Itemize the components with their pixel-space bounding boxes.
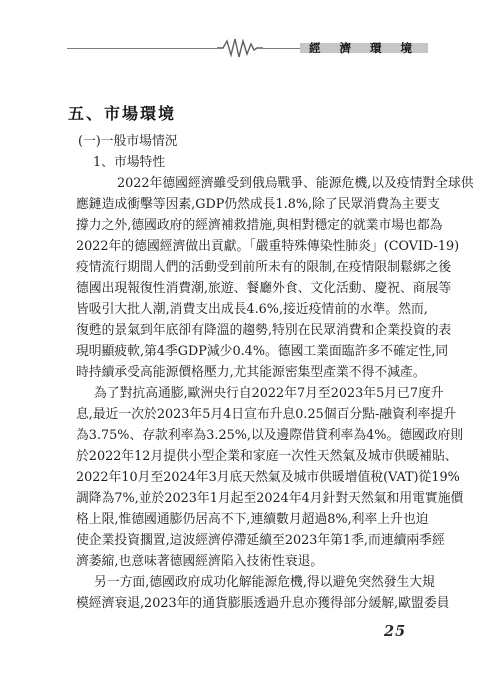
body-line: 皆吸引大批人潮,消費支出成長4.6%,接近疫情前的水準。然而, [76, 299, 427, 320]
body-line: 使企業投資擱置,這波經濟停滯延續至2023年第1季,而連續兩季經 [76, 530, 427, 551]
page-number: 25 [384, 623, 406, 640]
body-line: 疫情流行期間人們的活動受到前所未有的限制,在疫情限制鬆綁之後 [76, 257, 427, 278]
body-text: (一)一般市場情況1、市場特性2022年德國經濟雖受到俄烏戰爭、能源危機,以及疫… [76, 131, 427, 614]
header-section-label: 經濟環境 [300, 43, 428, 53]
page-header: 經濟環境 [67, 36, 428, 60]
body-line: 時持續承受高能源價格壓力,尤其能源密集型產業不得不減產。 [76, 362, 427, 383]
body-line: 模經濟衰退,2023年的通貨膨脹透過升息亦獲得部分緩解,歐盟委員 [76, 593, 427, 614]
body-line: 於2022年12月提供小型企業和家庭一次性天然氣及城市供暖補貼、 [76, 446, 427, 467]
body-line: 撐力之外,德國政府的經濟補救措施,與相對穩定的就業市場也都為 [76, 215, 427, 236]
body-line: 另一方面,德國政府成功化解能源危機,得以避免突然發生大規 [76, 572, 427, 593]
body-line: 格上限,惟德國通膨仍居高不下,連續數月超過8%,利率上升也迫 [76, 509, 427, 530]
header-rule-mid [263, 48, 300, 49]
body-line: 濟萎縮,也意味著德國經濟陷入技術性衰退。 [76, 551, 427, 572]
header-rule-left [67, 48, 217, 49]
body-line: 德國出現報復性消費潮,旅遊、餐廳外食、文化活動、慶祝、商展等 [76, 278, 427, 299]
subsection-heading: (一)一般市場情況 [76, 131, 427, 152]
subsubsection-heading: 1、市場特性 [76, 152, 427, 173]
body-line: 為了對抗高通膨,歐洲央行自2022年7月至2023年5月已7度升 [76, 383, 427, 404]
body-line: 調降為7%,並於2023年1月起至2024年4月針對天然氣和用電實施價 [76, 488, 427, 509]
body-line: 2022年的德國經濟做出貢獻。「嚴重特殊傳染性肺炎」(COVID-19) [76, 236, 427, 257]
body-line: 復甦的景氣到年底卻有降溫的趨勢,特別在民眾消費和企業投資的表 [76, 320, 427, 341]
body-line: 應鏈造成衝擊等因素,GDP仍然成長1.8%,除了民眾消費為主要支 [76, 194, 427, 215]
body-line: 2022年德國經濟雖受到俄烏戰爭、能源危機,以及疫情對全球供 [76, 173, 427, 194]
body-line: 2022年10月至2024年3月底天然氣及城市供暖增值稅(VAT)從19% [76, 467, 427, 488]
body-line: 現明顯疲軟,第4季GDP減少0.4%。德國工業面臨許多不確定性,同 [76, 341, 427, 362]
body-line: 為3.75%、存款利率為3.25%,以及邊際借貸利率為4%。德國政府則 [76, 425, 427, 446]
section-title: 五、市場環境 [68, 101, 176, 124]
document-page: 經濟環境 五、市場環境 (一)一般市場情況1、市場特性2022年德國經濟雖受到俄… [0, 0, 480, 679]
body-line: 息,最近一次於2023年5月4日宣布升息0.25個百分點-融資利率提升 [76, 404, 427, 425]
pulse-zigzag-icon [217, 36, 263, 60]
